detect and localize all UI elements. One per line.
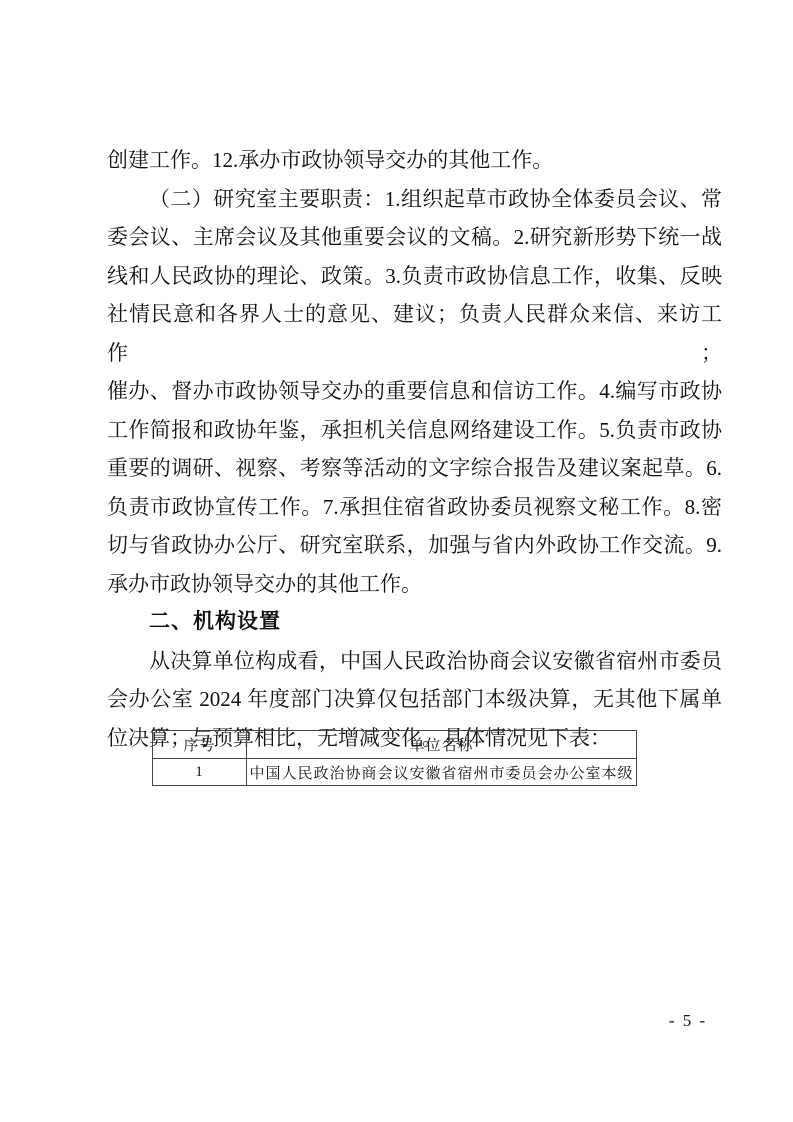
body-line: 创建工作。12.承办市政协领导交办的其他工作。 [107,141,722,180]
body-line: （二）研究室主要职责：1.组织起草市政协全体委员会议、常 [107,180,722,219]
table-header-row: 序号 单位名称 [153,731,637,759]
body-line: 工作简报和政协年鉴，承担机关信息网络建设工作。5.负责市政协 [107,411,722,450]
body-line: 承办市政协领导交办的其他工作。 [107,565,722,604]
table-header-seq: 序号 [153,731,247,759]
body-line: 从决算单位构成看，中国人民政治协商会议安徽省宿州市委员 [107,642,722,681]
table-row: 1 中国人民政治协商会议安徽省宿州市委员会办公室本级 [153,759,637,786]
page-number: - 5 - [648,1011,728,1031]
body-line: 催办、督办市政协领导交办的重要信息和信访工作。4.编写市政协 [107,372,722,411]
table-cell-name: 中国人民政治协商会议安徽省宿州市委员会办公室本级 [247,759,637,786]
body-line: 负责市政协宣传工作。7.承担住宿省政协委员视察文秘工作。8.密 [107,488,722,527]
section-heading: 二、机构设置 [107,603,722,642]
body-line: 社情民意和各界人士的意见、建议；负责人民群众来信、来访工作； [107,295,722,372]
body-line: 会办公室 2024 年度部门决算仅包括部门本级决算，无其他下属单 [107,680,722,719]
body-line: 委会议、主席会议及其他重要会议的文稿。2.研究新形势下统一战 [107,218,722,257]
body-line: 线和人民政协的理论、政策。3.负责市政协信息工作，收集、反映 [107,257,722,296]
body-text: 创建工作。12.承办市政协领导交办的其他工作。 （二）研究室主要职责：1.组织起… [107,141,722,757]
table-header-name: 单位名称 [247,731,637,759]
unit-list-table: 序号 单位名称 1 中国人民政治协商会议安徽省宿州市委员会办公室本级 [152,730,637,786]
body-line: 切与省政协办公厅、研究室联系，加强与省内外政协工作交流。9. [107,526,722,565]
document-page: 创建工作。12.承办市政协领导交办的其他工作。 （二）研究室主要职责：1.组织起… [0,0,793,1122]
body-line: 重要的调研、视察、考察等活动的文字综合报告及建议案起草。6. [107,449,722,488]
table-cell-seq: 1 [153,759,247,786]
